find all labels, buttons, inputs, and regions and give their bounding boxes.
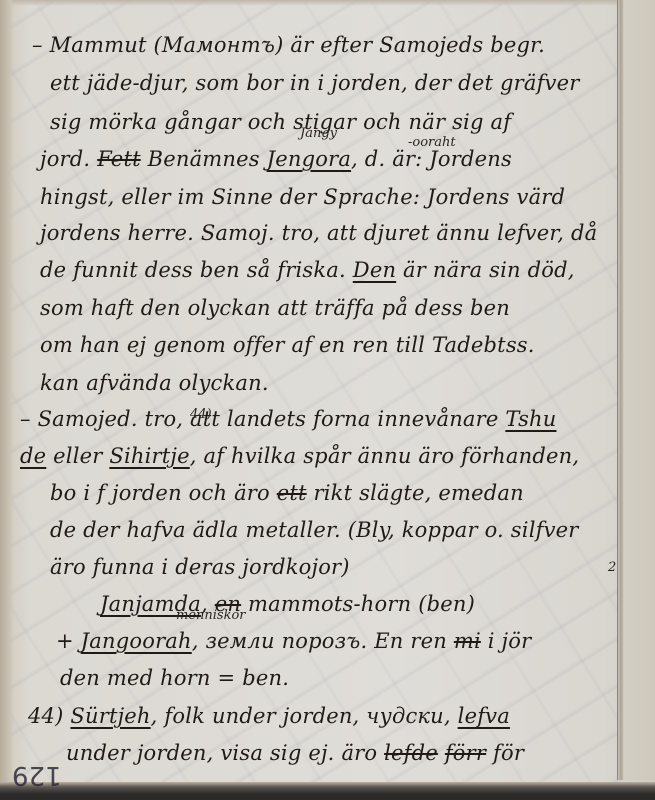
interlinear-insertion: 44) xyxy=(190,407,212,422)
interlinear-insertion: Jangy xyxy=(300,126,337,141)
struck-word: förr xyxy=(445,741,486,765)
manuscript-line: + Jangoorah, земли порозъ. En ren mi i j… xyxy=(56,629,531,653)
underlined-term: lefva xyxy=(458,704,510,728)
line-text: Мамонтъ xyxy=(162,33,275,57)
struck-word: Fett xyxy=(97,147,141,171)
manuscript-line: bo i f jorden och äro ett rikt slägte, e… xyxy=(50,481,524,505)
manuscript-line: hingst, eller im Sinne der Sprache: Jord… xyxy=(40,185,565,209)
line-text: bo i f jorden och äro xyxy=(50,481,277,505)
line-text: de der hafva ädla metaller. (Bly, koppar… xyxy=(50,518,579,542)
manuscript-line: ett jäde-djur, som bor in i jorden, der … xyxy=(50,71,579,95)
line-text: i jör xyxy=(481,629,531,653)
line-text: ett jäde-djur, som bor in i jorden, der … xyxy=(50,71,579,95)
manuscript-line: de der hafva ädla metaller. (Bly, koppar… xyxy=(50,518,579,542)
next-page-edge xyxy=(617,0,655,780)
line-text: de funnit dess ben så friska. xyxy=(40,258,353,282)
manuscript-line: 44) Sürtjeh, folk under jorden, чудски, … xyxy=(28,704,510,728)
page-binding-edge xyxy=(0,0,14,800)
struck-word: mi xyxy=(454,629,481,653)
page-number: 129 xyxy=(12,760,62,790)
line-text: , d. är: Jordens xyxy=(351,147,512,171)
underlined-term: Sürtjeh xyxy=(70,704,150,728)
line-text: hingst, eller im Sinne der Sprache: Jord… xyxy=(40,185,565,209)
interlinear-insertion: -oorаht xyxy=(408,135,456,150)
underlined-term: Jengora xyxy=(267,147,351,171)
manuscript-line: sig mörka gångar och stigar och när sig … xyxy=(50,110,511,134)
line-text: eller xyxy=(46,444,109,468)
line-text: – Mammut ( xyxy=(32,33,162,57)
struck-word: ett xyxy=(277,481,307,505)
line-text: som haft den olyckan att träffa på dess … xyxy=(40,296,510,320)
manuscript-line: som haft den olyckan att träffa på dess … xyxy=(40,296,510,320)
line-text: + xyxy=(56,629,81,653)
manuscript-line: äro funna i deras jordkojor) xyxy=(50,555,350,579)
line-text: Benämnes xyxy=(141,147,267,171)
manuscript-line: den med horn = ben. xyxy=(60,666,289,690)
line-text: jord. xyxy=(40,147,97,171)
page-bottom-edge xyxy=(0,782,655,800)
line-text: sig mörka gångar och stigar och när sig … xyxy=(50,110,511,134)
line-text: för xyxy=(486,741,524,765)
line-text: , земли порозъ. En ren xyxy=(192,629,454,653)
line-text: äro funna i deras jordkojor) xyxy=(50,555,350,579)
line-text: är nära sin död, xyxy=(396,258,575,282)
manuscript-line: – Mammut (Мамонтъ) är efter Samojeds beg… xyxy=(32,33,545,57)
line-text: mammots-horn (ben) xyxy=(241,592,475,616)
line-text: den med horn = ben. xyxy=(60,666,289,690)
line-text: , folk under jorden, чудски, xyxy=(151,704,458,728)
manuscript-line: de eller Sihirtje, af hvilka spår ännu ä… xyxy=(20,444,579,468)
line-text: – Samojed. tro, att landets forna innevå… xyxy=(20,407,505,431)
underlined-term: de xyxy=(20,444,46,468)
line-text: rikt slägte, emedan xyxy=(307,481,524,505)
manuscript-scan: – Mammut (Мамонтъ) är efter Samojeds beg… xyxy=(0,0,655,800)
interlinear-insertion: menniskor xyxy=(176,608,246,623)
underlined-term: Jangoorah xyxy=(81,629,192,653)
line-text: om han ej genom offer af en ren till Tad… xyxy=(40,333,535,357)
line-text: under jorden, visa sig ej. xyxy=(66,741,341,765)
line-text xyxy=(438,741,445,765)
line-text: äro xyxy=(341,741,377,765)
line-text: , af hvilka spår ännu äro förhanden, xyxy=(190,444,579,468)
line-text: kan afvända olyckan. xyxy=(40,371,269,395)
underlined-term: Den xyxy=(353,258,396,282)
manuscript-line: Janjamda, en mammots-horn (ben) xyxy=(100,592,475,616)
manuscript-line: kan afvända olyckan. xyxy=(40,371,269,395)
underlined-term: Sihirtje xyxy=(109,444,189,468)
manuscript-line: jord. Fett Benämnes Jengora, d. är: Jord… xyxy=(40,147,512,171)
struck-word: lefde xyxy=(384,741,438,765)
manuscript-line: om han ej genom offer af en ren till Tad… xyxy=(40,333,535,357)
underlined-term: Tshu xyxy=(505,407,556,431)
page-top-edge xyxy=(0,0,655,6)
line-text: 44) xyxy=(28,704,70,728)
manuscript-line: de funnit dess ben så friska. Den är när… xyxy=(40,258,575,282)
line-text: jordens herre. Samoj. tro, att djuret än… xyxy=(40,221,597,245)
manuscript-line: under jorden, visa sig ej. äro lefde för… xyxy=(66,741,524,765)
line-text: ) är efter Samojeds begr. xyxy=(275,33,545,57)
manuscript-line: – Samojed. tro, att landets forna innevå… xyxy=(20,407,557,431)
interlinear-insertion: 2 xyxy=(608,560,616,575)
manuscript-line: jordens herre. Samoj. tro, att djuret än… xyxy=(40,221,597,245)
